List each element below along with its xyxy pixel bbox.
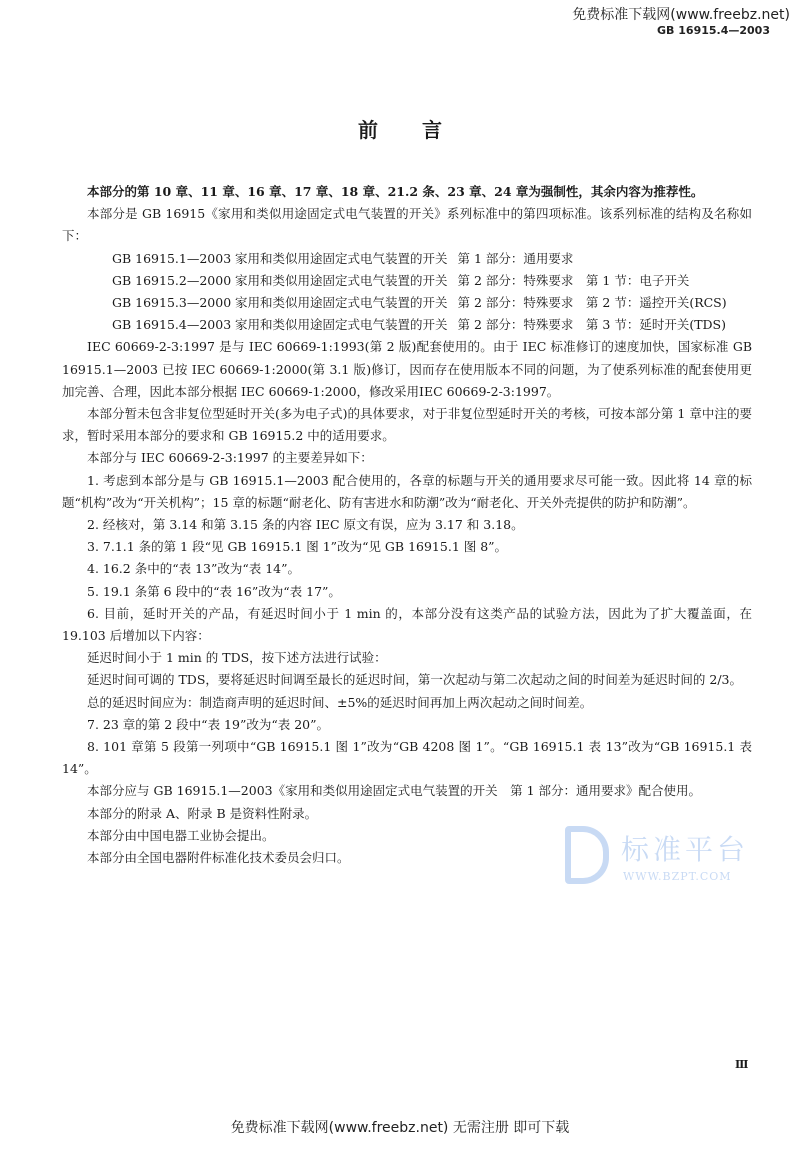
difference-item: 5. 19.1 条第 6 段中的“表 16”改为“表 17”。: [62, 581, 752, 603]
usage-paragraph: 本部分应与 GB 16915.1—2003《家用和类似用途固定式电气装置的开关 …: [62, 780, 752, 802]
annex-paragraph: 本部分的附录 A、附录 B 是资料性附录。: [62, 803, 752, 825]
difference-subitem: 延迟时间可调的 TDS，要将延迟时间调至最长的延迟时间，第一次起动与第二次起动之…: [62, 669, 752, 691]
series-part: 第 2 部分：特殊要求 第 2 节：遥控开关(RCS): [458, 295, 727, 310]
series-entry: GB 16915.3—2000家用和类似用途固定式电气装置的开关第 2 部分：特…: [62, 292, 752, 314]
series-intro: 本部分是 GB 16915《家用和类似用途固定式电气装置的开关》系列标准中的第四…: [62, 203, 752, 247]
difference-item: 2. 经核对，第 3.14 和第 3.15 条的内容 IEC 原文有误，应为 3…: [62, 514, 752, 536]
difference-subitem: 总的延迟时间应为：制造商声明的延迟时间、±5%的延迟时间再加上两次起动之间时间差…: [62, 692, 752, 714]
page-number: Ⅲ: [735, 1058, 748, 1071]
scope-note-paragraph: 本部分暂未包含非复位型延时开关(多为电子式)的具体要求，对于非复位型延时开关的考…: [62, 403, 752, 447]
series-title: 家用和类似用途固定式电气装置的开关: [235, 251, 448, 266]
difference-item: 6. 目前，延时开关的产品，有延迟时间小于 1 min 的，本部分没有这类产品的…: [62, 603, 752, 647]
iec-relation-paragraph: IEC 60669-2-3:1997 是与 IEC 60669-1:1993(第…: [62, 336, 752, 403]
mandatory-statement: 本部分的第 10 章、11 章、16 章、17 章、18 章、21.2 条、23…: [62, 181, 752, 203]
footer-site-label: 免费标准下载网(www.freebz.net) 无需注册 即可下载: [0, 1117, 800, 1137]
difference-item: 8. 101 章第 5 段第一列项中“GB 16915.1 图 1”改为“GB …: [62, 736, 752, 780]
difference-item: 1. 考虑到本部分是与 GB 16915.1—2003 配合使用的，各章的标题与…: [62, 470, 752, 514]
series-entry: GB 16915.2—2000家用和类似用途固定式电气装置的开关第 2 部分：特…: [62, 270, 752, 292]
page-title: 前言: [0, 114, 800, 143]
difference-subitem: 延迟时间小于 1 min 的 TDS，按下述方法进行试验：: [62, 647, 752, 669]
series-title: 家用和类似用途固定式电气装置的开关: [235, 295, 448, 310]
difference-item: 4. 16.2 条中的“表 13”改为“表 14”。: [62, 558, 752, 580]
proposer-paragraph: 本部分由中国电器工业协会提出。: [62, 825, 752, 847]
series-code: GB 16915.3—2000: [87, 292, 235, 314]
series-entry: GB 16915.4—2003家用和类似用途固定式电气装置的开关第 2 部分：特…: [62, 314, 752, 336]
series-code: GB 16915.4—2003: [87, 314, 235, 336]
differences-intro: 本部分与 IEC 60669-2-3:1997 的主要差异如下：: [62, 447, 752, 469]
document-body: 本部分的第 10 章、11 章、16 章、17 章、18 章、21.2 条、23…: [62, 181, 752, 869]
series-part: 第 2 部分：特殊要求 第 1 节：电子开关: [458, 273, 690, 288]
watermark-url: WWW.BZPT.COM: [623, 870, 732, 883]
series-title: 家用和类似用途固定式电气装置的开关: [235, 317, 448, 332]
series-code: GB 16915.1—2003: [87, 248, 235, 270]
series-part: 第 2 部分：特殊要求 第 3 节：延时开关(TDS): [458, 317, 726, 332]
series-part: 第 1 部分：通用要求: [458, 251, 574, 266]
difference-item: 3. 7.1.1 条的第 1 段“见 GB 16915.1 图 1”改为“见 G…: [62, 536, 752, 558]
difference-item: 7. 23 章的第 2 段中“表 19”改为“表 20”。: [62, 714, 752, 736]
series-title: 家用和类似用途固定式电气装置的开关: [235, 273, 448, 288]
series-code: GB 16915.2—2000: [87, 270, 235, 292]
header-standard-code: GB 16915.4—2003: [657, 24, 770, 37]
committee-paragraph: 本部分由全国电器附件标准化技术委员会归口。: [62, 847, 752, 869]
series-entry: GB 16915.1—2003家用和类似用途固定式电气装置的开关第 1 部分：通…: [62, 248, 752, 270]
header-site-label: 免费标准下载网(www.freebz.net): [572, 4, 790, 24]
